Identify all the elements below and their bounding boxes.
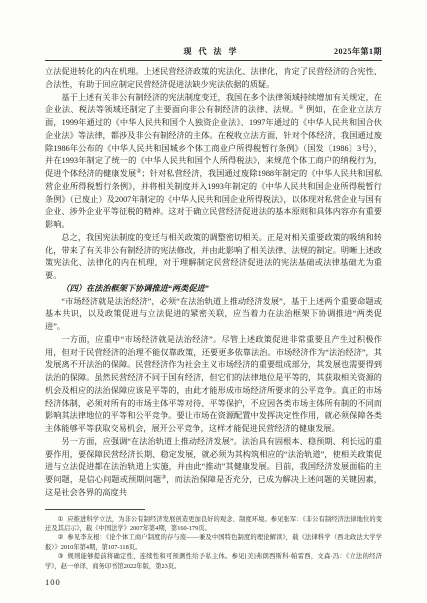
footnote-item: ②参见李友根：《论个体工商户制度的存与废——兼及中国特色制度的理论解读》，载《法…: [45, 533, 382, 552]
footnotes-section: ①应推进科学立法，为非公有制经济发展创造更加良好的观念、制度环境。参见张军：《非…: [45, 509, 382, 571]
paragraph-text: 立法促进转化的内在机理。上述民营经济政策的宪法化、法律化，肯定了民营经济的合宪性…: [45, 67, 382, 89]
footnote-item: ①应推进科学立法，为非公有制经济发展创造更加良好的观念、制度环境。参见张军：《非…: [45, 515, 382, 534]
journal-title: 现代法学: [184, 46, 244, 57]
paragraph-text: “市场经济就是法治经济”，必须“在法治轨道上推动经济发展”，基于上述两个重要命题…: [45, 297, 382, 332]
paragraph: 总之，我国宪法制度的变迁与相关政策的调整密切相关。正是对相关重要政策的吸纳和转化…: [45, 232, 382, 283]
paragraph: 另一方面，应强调“在法治轨道上推动经济发展”。法治具有固根本、稳预期、利长远的重…: [45, 436, 382, 500]
paragraph-text: 一方面，应重申“市场经济就是法治经济”。尽管上述政策促进非常重要且产生过积极作用…: [45, 335, 382, 433]
paragraph-text: 总之，我国宪法制度的变迁与相关政策的调整密切相关。正是对相关重要政策的吸纳和转化…: [45, 233, 382, 280]
footnote-text: 参见李友根：《论个体工商户制度的存与废——兼及中国特色制度的理论解读》，载《法律…: [45, 534, 382, 550]
issue-label: 2025年第1期: [334, 46, 382, 57]
paragraph-continuation: 立法促进转化的内在机理。上述民营经济政策的宪法化、法律化，肯定了民营经济的合宪性…: [45, 66, 382, 92]
paragraph-text: ；针对私营经济，我国通过废除1988年制定的《中华人民共和国私营企业所得税暂行条…: [45, 169, 382, 229]
page-number: 100: [45, 577, 382, 587]
footnote-marker: ③: [58, 553, 64, 560]
footnote-item: ③规则能够提前将确定性、连续性和可预测性给予私主体。参见[美]弗朗西斯科·帕雷西…: [45, 552, 382, 571]
paragraph: 一方面，应重申“市场经济就是法治经济”。尽管上述政策促进非常重要且产生过积极作用…: [45, 334, 382, 436]
footnote-separator: [45, 509, 145, 510]
footnote-marker: ②: [58, 534, 64, 541]
paragraph: 基于上述有关非公有制经济的宪法制度变迁，我国在多个法律领域持续增加有关规定，在企…: [45, 92, 382, 232]
paragraph: “市场经济就是法治经济”，必须“在法治轨道上推动经济发展”，基于上述两个重要命题…: [45, 296, 382, 334]
header-rule: [45, 60, 382, 61]
footnote-text: 规则能够提前将确定性、连续性和可预测性给予私主体。参见[美]弗朗西斯科·帕雷西，…: [45, 553, 382, 569]
article-body: 立法促进转化的内在机理。上述民营经济政策的宪法化、法律化，肯定了民营经济的合宪性…: [45, 66, 382, 500]
section-heading: （四）在法治框架下协调推进“两类促进”: [45, 283, 382, 296]
paragraph-text: 例如，在企业立法方面，1999年通过的《中华人民共和国个人独资企业法》、1997…: [45, 105, 382, 178]
footnote-marker: ①: [58, 516, 64, 523]
footnote-text: 应推进科学立法，为非公有制经济发展创造更加良好的观念、制度环境。参见张军：《非公…: [45, 516, 382, 532]
journal-page: 现代法学 2025年第1期 立法促进转化的内在机理。上述民营经济政策的宪法化、法…: [0, 0, 427, 603]
page-header: 现代法学 2025年第1期: [45, 46, 382, 57]
